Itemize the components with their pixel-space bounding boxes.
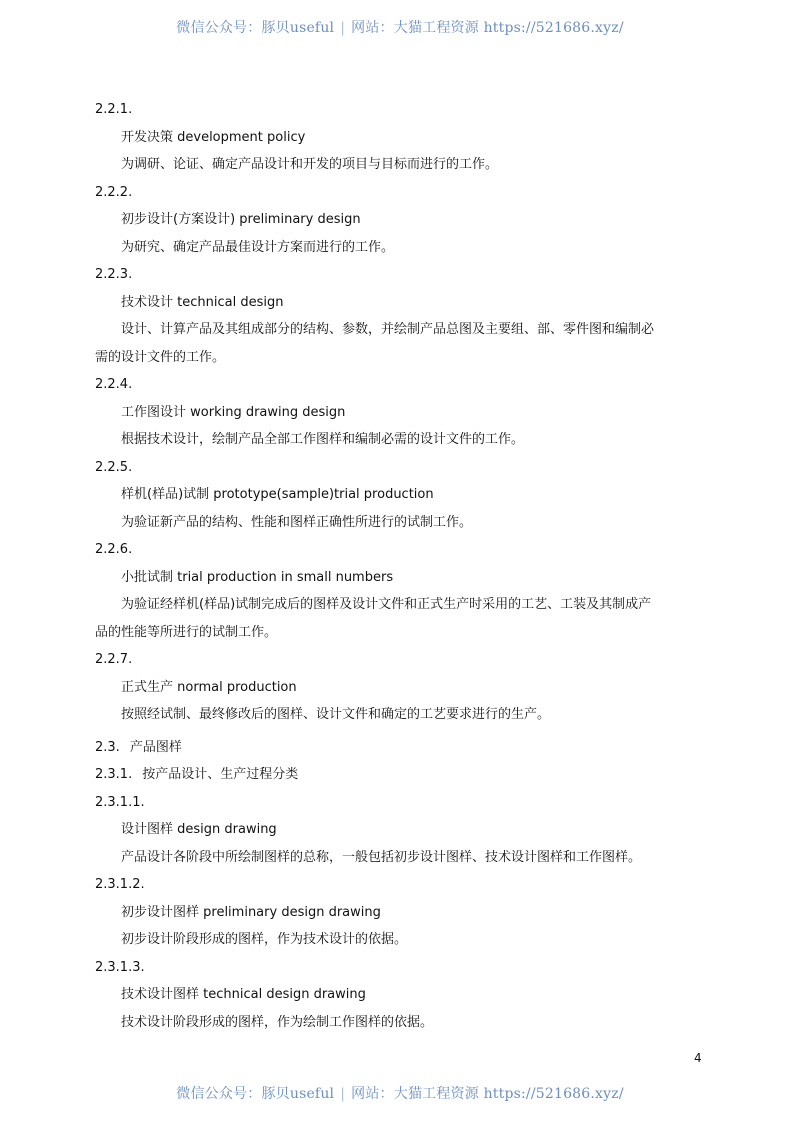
section-number: 2.2.1. (95, 96, 715, 124)
term-definition-continued: 需的设计文件的工作。 (95, 344, 715, 372)
section-number: 2.3.1.3. (95, 954, 715, 982)
term-definition: 根据技术设计，绘制产品全部工作图样和编制必需的设计文件的工作。 (95, 426, 715, 454)
document-body: 2.2.1. 开发决策 development policy 为调研、论证、确定… (95, 96, 715, 1036)
section-number: 2.2.7. (95, 646, 715, 674)
term-definition-continued: 品的性能等所进行的试制工作。 (95, 619, 715, 647)
watermark-separator: | (340, 20, 345, 36)
watermark-wechat: 微信公众号：豚贝useful (176, 20, 334, 36)
watermark-website: 网站：大猫工程资源 https://521686.xyz/ (351, 20, 624, 36)
section-number: 2.2.4. (95, 371, 715, 399)
section-number: 2.3. (95, 740, 120, 755)
term-heading: 正式生产 normal production (95, 674, 715, 702)
section-number: 2.2.3. (95, 261, 715, 289)
section-number: 2.3.1.1. (95, 789, 715, 817)
term-definition: 为调研、论证、确定产品设计和开发的项目与目标而进行的工作。 (95, 151, 715, 179)
term-heading: 技术设计 technical design (95, 289, 715, 317)
term-definition: 为验证经样机(样品)试制完成后的图样及设计文件和正式生产时采用的工艺、工装及其制… (95, 591, 715, 619)
subsection-heading: 2.3.1.按产品设计、生产过程分类 (95, 761, 715, 789)
term-definition: 为研究、确定产品最佳设计方案而进行的工作。 (95, 234, 715, 262)
header-watermark: 微信公众号：豚贝useful|网站：大猫工程资源 https://521686.… (0, 17, 800, 37)
term-heading: 小批试制 trial production in small numbers (95, 564, 715, 592)
term-heading: 初步设计(方案设计) preliminary design (95, 206, 715, 234)
term-definition: 产品设计各阶段中所绘制图样的总称，一般包括初步设计图样、技术设计图样和工作图样。 (95, 844, 715, 872)
section-number: 2.2.5. (95, 454, 715, 482)
term-definition: 技术设计阶段形成的图样，作为绘制工作图样的依据。 (95, 1009, 715, 1037)
watermark-separator: | (340, 1086, 345, 1102)
term-heading: 技术设计图样 technical design drawing (95, 981, 715, 1009)
term-definition: 按照经试制、最终修改后的图样、设计文件和确定的工艺要求进行的生产。 (95, 701, 715, 729)
term-definition: 设计、计算产品及其组成部分的结构、参数，并绘制产品总图及主要组、部、零件图和编制… (95, 316, 715, 344)
section-number: 2.2.6. (95, 536, 715, 564)
section-number: 2.3.1. (95, 767, 132, 782)
term-heading: 样机(样品)试制 prototype(sample)trial producti… (95, 481, 715, 509)
section-number: 2.3.1.2. (95, 871, 715, 899)
term-heading: 初步设计图样 preliminary design drawing (95, 899, 715, 927)
term-definition: 初步设计阶段形成的图样，作为技术设计的依据。 (95, 926, 715, 954)
page-number: 4 (694, 1051, 702, 1065)
term-definition: 为验证新产品的结构、性能和图样正确性所进行的试制工作。 (95, 509, 715, 537)
term-heading: 开发决策 development policy (95, 124, 715, 152)
section-title: 按产品设计、生产过程分类 (142, 767, 298, 782)
section-number: 2.2.2. (95, 179, 715, 207)
footer-watermark: 微信公众号：豚贝useful|网站：大猫工程资源 https://521686.… (0, 1083, 800, 1103)
section-title: 产品图样 (130, 740, 182, 755)
term-heading: 工作图设计 working drawing design (95, 399, 715, 427)
term-heading: 设计图样 design drawing (95, 816, 715, 844)
section-heading: 2.3.产品图样 (95, 734, 715, 762)
watermark-website: 网站：大猫工程资源 https://521686.xyz/ (351, 1086, 624, 1102)
watermark-wechat: 微信公众号：豚贝useful (176, 1086, 334, 1102)
